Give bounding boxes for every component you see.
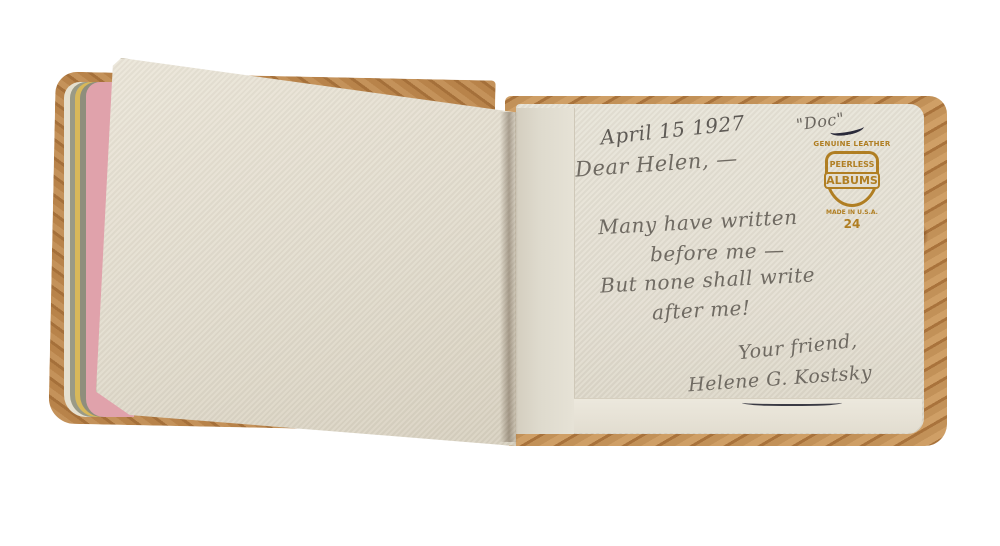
emblem-peerless: PEERLESS <box>828 160 876 169</box>
album-photo: April 15 1927 "Doc" Dear Helen, — Many h… <box>0 0 1000 546</box>
inscription-line-4: after me! <box>651 295 751 324</box>
page-hinge-strip <box>516 108 575 434</box>
emblem-albums: ALBUMS <box>824 172 880 189</box>
emblem-genuine-leather: GENUINE LEATHER <box>812 140 892 148</box>
signature-flourish <box>742 398 842 406</box>
shield-icon: PEERLESS ALBUMS <box>825 151 879 207</box>
left-blank-page <box>96 58 516 446</box>
peerless-albums-emblem: GENUINE LEATHER PEERLESS ALBUMS MADE IN … <box>812 140 892 231</box>
spine-gutter <box>500 112 518 442</box>
emblem-made-in-usa: MADE IN U.S.A. <box>812 209 892 216</box>
inscription-line-2: before me — <box>650 238 785 267</box>
emblem-number: 24 <box>812 217 892 231</box>
